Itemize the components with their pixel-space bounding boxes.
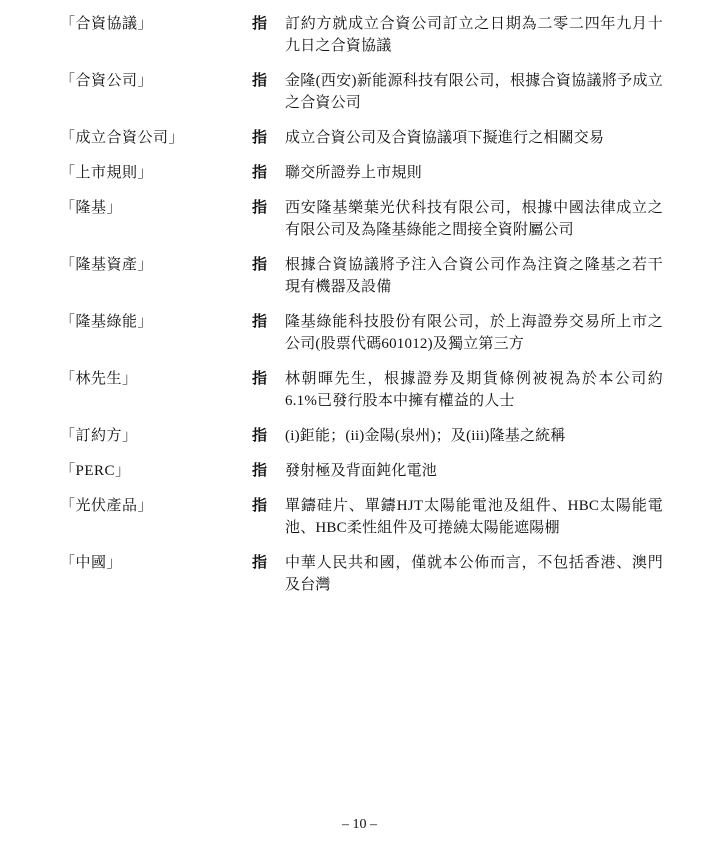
definition-term: 「中國」 bbox=[60, 552, 252, 574]
definition-row: 「上市規則」 指 聯交所證券上市規則 bbox=[60, 162, 663, 184]
definition-row: 「林先生」 指 林朝暉先生，根據證券及期貨條例被視為於本公司約6.1%已發行股本… bbox=[60, 368, 663, 412]
definition-text: 訂約方就成立合資公司訂立之日期為二零二四年九月十九日之合資協議 bbox=[285, 13, 663, 57]
definition-term: 「林先生」 bbox=[60, 368, 252, 390]
definition-connector: 指 bbox=[252, 13, 285, 35]
definition-text: 根據合資協議將予注入合資公司作為注資之隆基之若干現有機器及設備 bbox=[285, 254, 663, 298]
definition-term: 「合資協議」 bbox=[60, 13, 252, 35]
definition-connector: 指 bbox=[252, 70, 285, 92]
definition-term: 「光伏產品」 bbox=[60, 495, 252, 517]
definition-term: 「PERC」 bbox=[60, 460, 252, 482]
definitions-list: 「合資協議」 指 訂約方就成立合資公司訂立之日期為二零二四年九月十九日之合資協議… bbox=[60, 13, 663, 609]
definition-text: 隆基綠能科技股份有限公司，於上海證券交易所上市之公司(股票代碼601012)及獨… bbox=[285, 311, 663, 355]
definition-text: 發射極及背面鈍化電池 bbox=[285, 460, 663, 482]
definition-text: 中華人民共和國，僅就本公佈而言，不包括香港、澳門及台灣 bbox=[285, 552, 663, 596]
definition-row: 「隆基」 指 西安隆基樂葉光伏科技有限公司，根據中國法律成立之有限公司及為隆基綠… bbox=[60, 197, 663, 241]
page-number: – 10 – bbox=[0, 817, 719, 833]
definition-connector: 指 bbox=[252, 254, 285, 276]
definition-term: 「上市規則」 bbox=[60, 162, 252, 184]
definition-text: 單鑄硅片、單鑄HJT太陽能電池及組件、HBC太陽能電池、HBC柔性組件及可捲繞太… bbox=[285, 495, 663, 539]
definition-text: 聯交所證券上市規則 bbox=[285, 162, 663, 184]
definition-connector: 指 bbox=[252, 162, 285, 184]
definition-term: 「合資公司」 bbox=[60, 70, 252, 92]
definition-text: 成立合資公司及合資協議項下擬進行之相關交易 bbox=[285, 127, 663, 149]
definition-connector: 指 bbox=[252, 552, 285, 574]
document-page: 「合資協議」 指 訂約方就成立合資公司訂立之日期為二零二四年九月十九日之合資協議… bbox=[0, 0, 719, 849]
definition-term: 「隆基資產」 bbox=[60, 254, 252, 276]
definition-connector: 指 bbox=[252, 460, 285, 482]
definition-connector: 指 bbox=[252, 197, 285, 219]
definition-connector: 指 bbox=[252, 425, 285, 447]
definition-text: 西安隆基樂葉光伏科技有限公司，根據中國法律成立之有限公司及為隆基綠能之間接全資附… bbox=[285, 197, 663, 241]
definition-row: 「成立合資公司」 指 成立合資公司及合資協議項下擬進行之相關交易 bbox=[60, 127, 663, 149]
definition-row: 「隆基綠能」 指 隆基綠能科技股份有限公司，於上海證券交易所上市之公司(股票代碼… bbox=[60, 311, 663, 355]
definition-connector: 指 bbox=[252, 127, 285, 149]
definition-connector: 指 bbox=[252, 311, 285, 333]
definition-row: 「中國」 指 中華人民共和國，僅就本公佈而言，不包括香港、澳門及台灣 bbox=[60, 552, 663, 596]
definition-row: 「光伏產品」 指 單鑄硅片、單鑄HJT太陽能電池及組件、HBC太陽能電池、HBC… bbox=[60, 495, 663, 539]
definition-term: 「隆基綠能」 bbox=[60, 311, 252, 333]
definition-text: 金隆(西安)新能源科技有限公司，根據合資協議將予成立之合資公司 bbox=[285, 70, 663, 114]
definition-row: 「合資協議」 指 訂約方就成立合資公司訂立之日期為二零二四年九月十九日之合資協議 bbox=[60, 13, 663, 57]
definition-connector: 指 bbox=[252, 495, 285, 517]
definition-text: 林朝暉先生，根據證券及期貨條例被視為於本公司約6.1%已發行股本中擁有權益的人士 bbox=[285, 368, 663, 412]
definition-term: 「成立合資公司」 bbox=[60, 127, 252, 149]
definition-term: 「隆基」 bbox=[60, 197, 252, 219]
definition-row: 「隆基資產」 指 根據合資協議將予注入合資公司作為注資之隆基之若干現有機器及設備 bbox=[60, 254, 663, 298]
definition-term: 「訂約方」 bbox=[60, 425, 252, 447]
definition-connector: 指 bbox=[252, 368, 285, 390]
definition-row: 「合資公司」 指 金隆(西安)新能源科技有限公司，根據合資協議將予成立之合資公司 bbox=[60, 70, 663, 114]
definition-text: (i)鉅能；(ii)金陽(泉州)；及(iii)隆基之統稱 bbox=[285, 425, 663, 447]
definition-row: 「PERC」 指 發射極及背面鈍化電池 bbox=[60, 460, 663, 482]
definition-row: 「訂約方」 指 (i)鉅能；(ii)金陽(泉州)；及(iii)隆基之統稱 bbox=[60, 425, 663, 447]
